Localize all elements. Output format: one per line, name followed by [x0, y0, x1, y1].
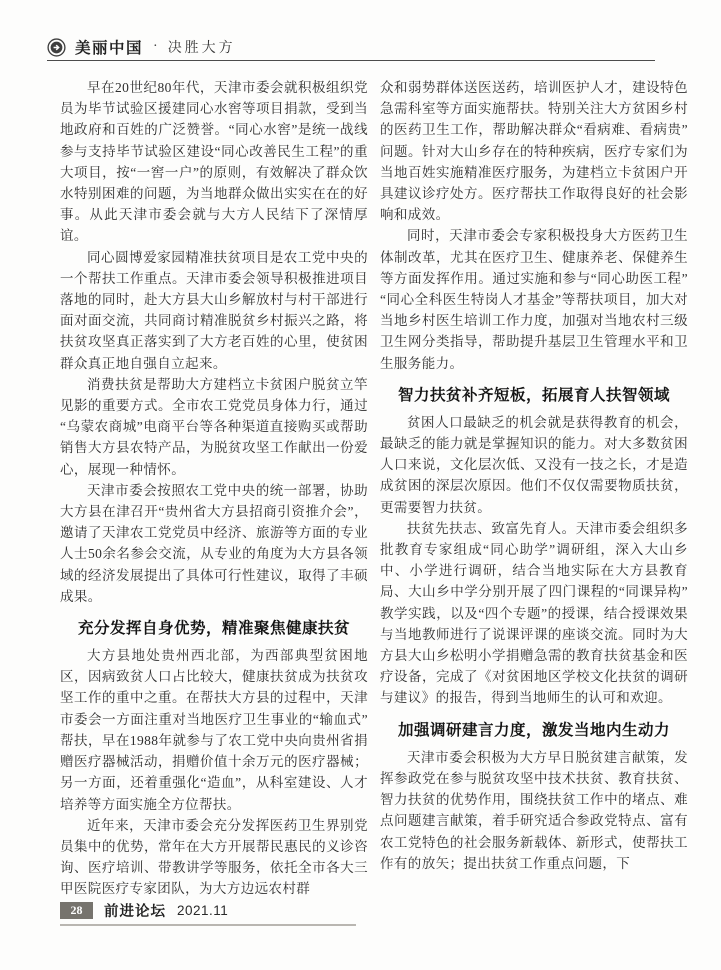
footer-rule [60, 924, 356, 926]
section-heading-education-aid: 智力扶贫补齐短板，拓展育人扶智领域 [380, 383, 688, 405]
paragraph-consumption-aid: 消费扶贫是帮助大方建档立卡贫困户脱贫立竿见影的重要方式。全市农工党党员身体力行，… [60, 374, 368, 480]
paragraph-education-gap: 贫困人口最缺乏的机会就是获得教育的机会，最缺乏的能力就是掌握知识的能力。对大多数… [380, 412, 688, 518]
paragraph-policy-advice: 天津市委会积极为大方早日脱贫建言献策，发挥参政党在参与脱贫攻坚中技术扶贫、教育扶… [380, 747, 688, 874]
section-heading-research-advice: 加强调研建言力度，激发当地内生动力 [380, 718, 688, 740]
issue-number: 2021.11 [177, 903, 228, 918]
arrow-circle-icon [47, 38, 66, 57]
header-section-title: 决胜大方 [168, 37, 236, 57]
paragraph-water-cellar: 早在20世纪80年代，天津市委会就积极组织党员为毕节试验区援建同心水窖等项目捐款… [60, 77, 368, 247]
header-brand: 美丽中国 [75, 36, 143, 58]
header-rule [47, 60, 655, 61]
paragraph-investment-fair: 天津市委会按照农工党中央的统一部署，协助大方县在津召开“贵州省大方县招商引资推介… [60, 480, 368, 607]
paragraph-tongxin-zhuxue: 扶贫先扶志、致富先育人。天津市委会组织多批教育专家组成“同心助学”调研组，深入大… [380, 518, 688, 709]
page-number-badge: 28 [60, 902, 93, 919]
page-footer: 28 前进论坛 2021.11 [60, 900, 228, 921]
paragraph-tongxinyuan: 同心圆博爱家园精准扶贫项目是农工党中央的一个帮扶工作重点。天津市委会领导积极推进… [60, 247, 368, 374]
paragraph-medical-teams: 近年来，天津市委会充分发挥医药卫生界别党员集中的优势，常年在大方开展帮民惠民的义… [60, 815, 368, 900]
magazine-page: 美丽中国 · 决胜大方 早在20世纪80年代，天津市委会就积极组织党员为毕节试验… [0, 0, 721, 970]
article-body: 早在20世纪80年代，天津市委会就积极组织党员为毕节试验区援建同心水窖等项目捐款… [60, 77, 688, 900]
paragraph-medical-teams-continued: 众和弱势群体送医送药，培训医护人才，建设特色急需科室等方面实施帮扶。特别关注大方… [380, 77, 688, 225]
paragraph-medical-donation: 大方县地处贵州西北部，为西部典型贫困地区，因病致贫人口占比较大，健康扶贫成为扶贫… [60, 645, 368, 815]
page-header: 美丽中国 · 决胜大方 [47, 36, 236, 58]
section-heading-health-aid: 充分发挥自身优势，精准聚焦健康扶贫 [60, 616, 368, 638]
header-separator: · [153, 39, 158, 55]
journal-name: 前进论坛 [104, 900, 166, 921]
paragraph-health-reform: 同时，天津市委会专家积极投身大方医药卫生体制改革，尤其在医疗卫生、健康养老、保健… [380, 225, 688, 373]
left-column: 早在20世纪80年代，天津市委会就积极组织党员为毕节试验区援建同心水窖等项目捐款… [60, 77, 368, 900]
right-column: 众和弱势群体送医送药，培训医护人才，建设特色急需科室等方面实施帮扶。特别关注大方… [380, 77, 688, 900]
